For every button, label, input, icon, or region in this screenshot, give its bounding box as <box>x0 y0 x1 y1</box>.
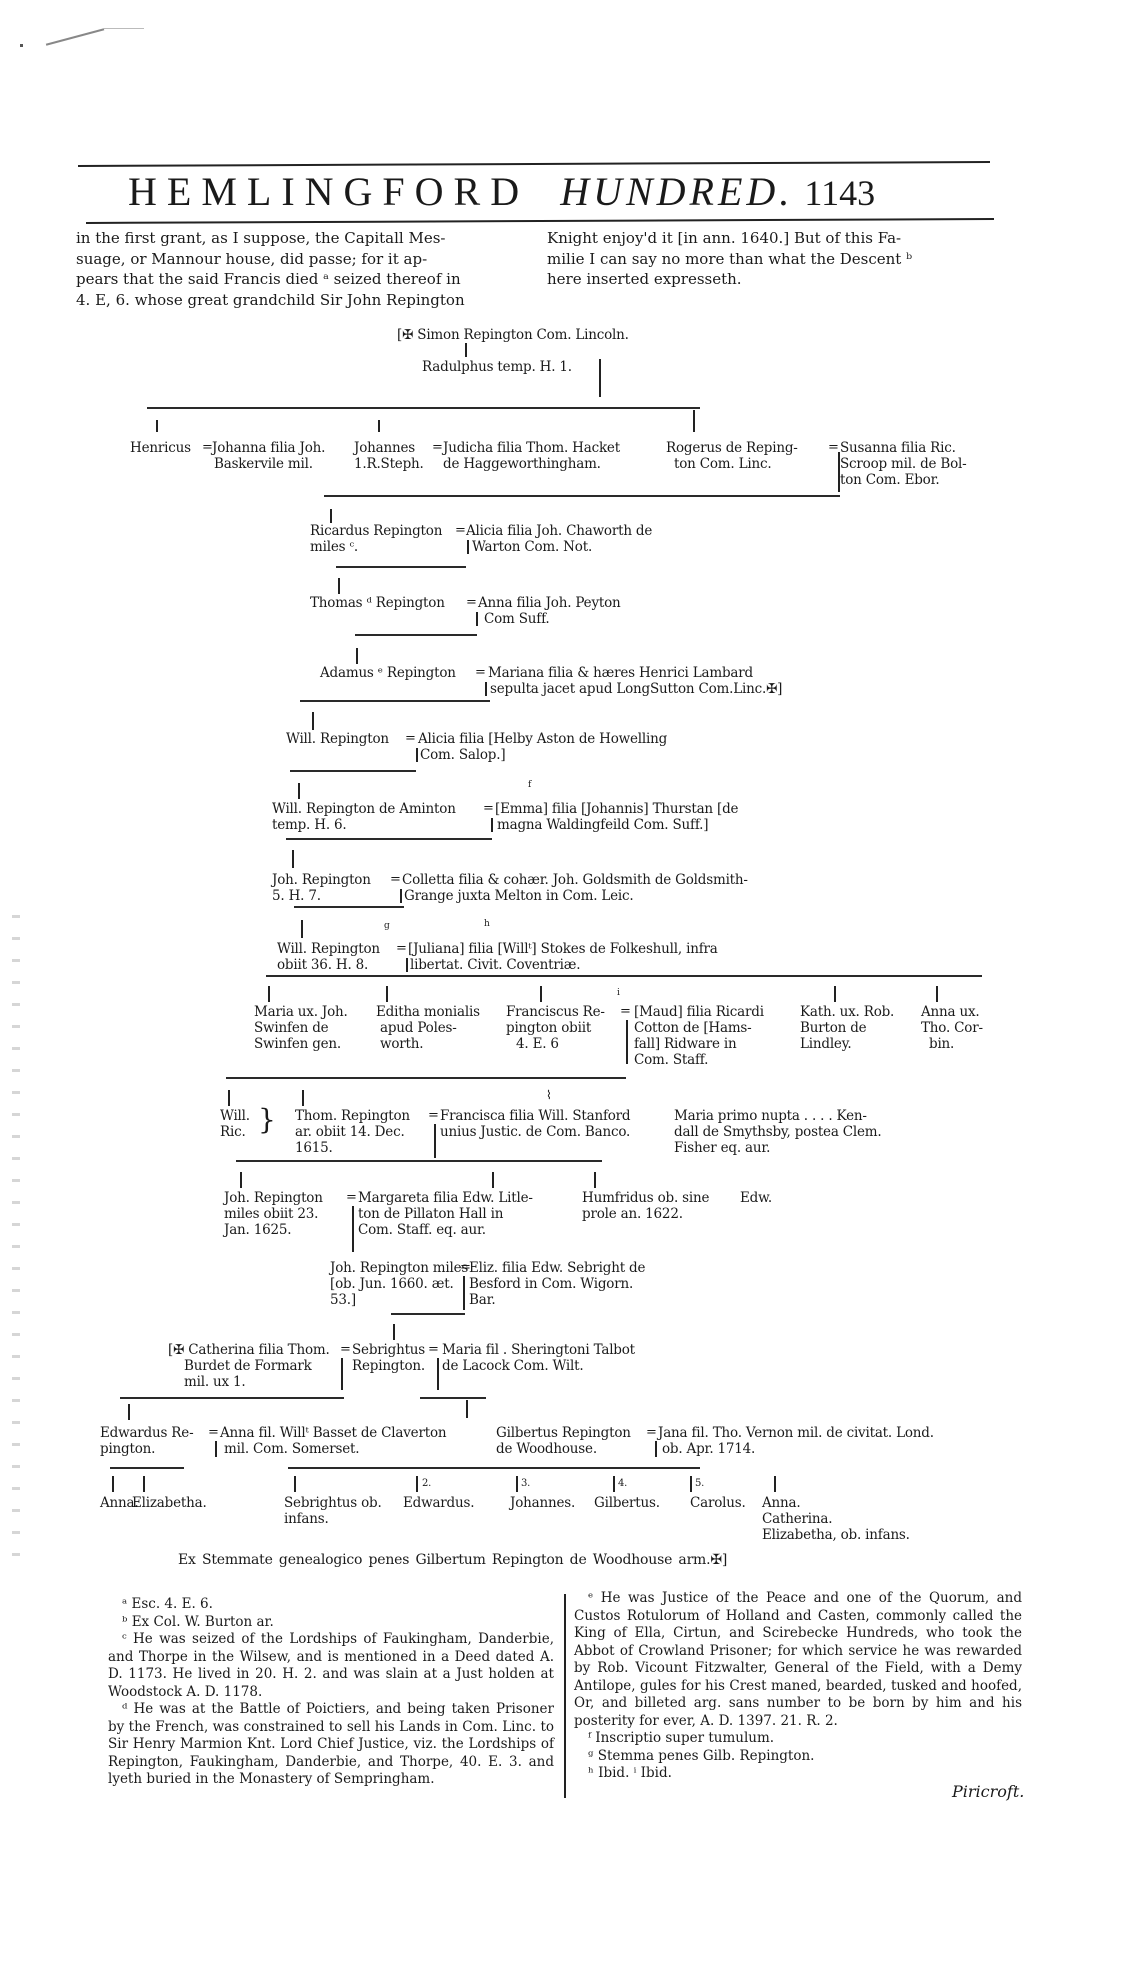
child-anna-corbin: Anna ux. Tho. Cor- bin. <box>921 1004 983 1052</box>
person-sebrightus: Sebrightus Repington. <box>352 1342 425 1374</box>
marriage-sign: = <box>405 731 416 747</box>
catchword: Piricroft. <box>952 1782 1024 1801</box>
scan-artifact <box>104 28 144 29</box>
footnote-mark-g: g <box>384 918 390 934</box>
spouse-eliz-sebright: Eliz. filia Edw. Sebright de Besford in … <box>469 1260 645 1308</box>
descent-line <box>156 420 158 432</box>
brace-icon: } <box>258 1104 276 1136</box>
descent-line <box>268 986 270 1002</box>
marriage-sign: = <box>466 595 477 611</box>
child-carolus: Carolus. <box>690 1495 746 1511</box>
family-bar <box>288 1467 700 1469</box>
descent-line <box>465 343 467 357</box>
descent-line <box>294 1476 296 1492</box>
descent-line <box>613 1476 615 1492</box>
title-roman: HEMLINGFORD <box>128 169 529 214</box>
person-joh-repington-1: Joh. Repington 5. H. 7. <box>272 872 371 904</box>
family-bar <box>236 1160 602 1162</box>
family-bar <box>336 566 466 568</box>
birth-order: 4. <box>618 1476 627 1492</box>
spouse-anna-peyton: Anna filia Joh. Peyton Com Suff. <box>478 595 621 627</box>
family-bar <box>420 1397 486 1399</box>
descent-line <box>393 1324 395 1340</box>
child-editha: Editha monialis apud Poles- worth. <box>376 1004 480 1052</box>
spouse-maud: [Maud] filia Ricardi Cotton de [Hams- fa… <box>634 1004 764 1068</box>
person-adamus: Adamus ᵉ Repington <box>320 665 456 681</box>
descent-line <box>228 1090 230 1106</box>
intro-line: 4. E, 6. whose great grandchild Sir John… <box>76 290 465 311</box>
intro-line: here inserted expresseth. <box>547 269 912 290</box>
spouse-francisca: Francisca filia Will. Stanford unius Jus… <box>440 1108 630 1140</box>
marriage-sign: = <box>390 872 401 888</box>
family-bar <box>286 838 492 840</box>
descent-line <box>838 452 840 492</box>
child-edwardus: Edwardus. <box>403 1495 474 1511</box>
descent-line <box>386 986 388 1002</box>
descent-line <box>400 889 402 903</box>
child-humfridus: Humfridus ob. sine prole an. 1622. <box>582 1190 709 1222</box>
birth-order: 3. <box>521 1476 530 1492</box>
spouse-emma: [Emma] filia [Johannis] Thurstan [de mag… <box>495 801 738 833</box>
intro-line: milie I can say no more than what the De… <box>547 249 912 270</box>
header-rule-top <box>78 161 990 167</box>
spouse-juliana: [Juliana] filia [Willᵗ] Stokes de Folkes… <box>408 941 718 973</box>
spouse-alicia-chaworth: Alicia filia Joh. Chaworth de Warton Com… <box>466 523 652 555</box>
descent-line <box>128 1404 130 1420</box>
footnote-mark-i: i <box>617 985 620 1001</box>
header-rule-bottom <box>86 218 994 224</box>
spouse-margareta: Margareta filia Edw. Litle- ton de Pilla… <box>358 1190 533 1238</box>
intro-line: suage, or Mannour house, did passe; for … <box>76 249 465 270</box>
child-daughters: Anna. Catherina. Elizabetha, ob. infans. <box>762 1495 910 1543</box>
marriage-sign: = <box>455 523 466 539</box>
family-bar <box>266 975 982 977</box>
footnotes-right: ᵉ He was Justice of the Peace and one of… <box>574 1590 1022 1783</box>
title-italic: HUNDRED. <box>560 169 793 214</box>
footnote-mark-f: f <box>528 777 531 793</box>
person-thomas: Thomas ᵈ Repington <box>310 595 445 611</box>
footnote-mark-h: h <box>484 916 490 932</box>
descent-line <box>774 1476 776 1492</box>
spouse-alicia-aston: Alicia filia [Helby Aston de Howelling C… <box>418 731 667 763</box>
person-catherina-burdet: [✠ Catherina filia Thom. Burdet de Forma… <box>168 1342 330 1390</box>
marriage-sign: = <box>208 1425 219 1441</box>
descent-line <box>463 1276 465 1310</box>
footnote-g: ᵍ Stemma penes Gilb. Repington. <box>574 1748 1022 1766</box>
descent-line <box>936 986 938 1002</box>
child-sebrightus-infans: Sebrightus ob. infans. <box>284 1495 382 1527</box>
family-bar <box>391 1313 465 1315</box>
child-elizabetha: Elizabetha. <box>132 1495 207 1511</box>
descent-line <box>834 986 836 1002</box>
descent-line <box>434 1124 436 1158</box>
person-johannes: Johannes 1.R.Steph. <box>354 440 424 472</box>
family-bar <box>226 1077 626 1079</box>
descent-line <box>240 1172 242 1188</box>
descent-line <box>693 410 695 432</box>
descent-line <box>143 1476 145 1492</box>
marriage-sign: = <box>428 1342 439 1358</box>
footnote-h-i: ʰ Ibid. ⁱ Ibid. <box>574 1765 1022 1783</box>
descent-line <box>492 1172 494 1188</box>
descent-line <box>655 1441 657 1457</box>
descent-line <box>626 1020 628 1064</box>
family-bar <box>355 634 477 636</box>
descent-line <box>292 850 294 868</box>
child-will-ric: Will. Ric. <box>220 1108 250 1140</box>
child-franciscus: Franciscus Re- pington obiit 4. E. 6 <box>506 1004 605 1052</box>
descent-line <box>341 1358 343 1390</box>
person-will-repington-aminton: Will. Repington de Aminton temp. H. 6. <box>272 801 456 833</box>
brace-icon: ⌇ <box>546 1088 552 1102</box>
person-gilbertus-repington: Gilbertus Repington de Woodhouse. <box>496 1425 631 1457</box>
descent-line <box>437 1358 439 1390</box>
spouse-susanna: Susanna filia Ric. Scroop mil. de Bol- t… <box>840 440 967 488</box>
child-kath-burton: Kath. ux. Rob. Burton de Lindley. <box>800 1004 894 1052</box>
footnote-d: ᵈ He was at the Battle of Poictiers, and… <box>108 1701 554 1789</box>
margin-bleed <box>12 915 20 1575</box>
descent-line <box>476 612 478 626</box>
birth-order: 5. <box>695 1476 704 1492</box>
descent-line <box>406 958 408 972</box>
family-bar <box>324 495 840 497</box>
family-bar <box>290 770 416 772</box>
page-title: HEMLINGFORD HUNDRED. 1143 <box>128 168 875 215</box>
child-maria-kendall: Maria primo nupta . . . . Ken- dall de S… <box>674 1108 882 1156</box>
page-number: 1143 <box>804 173 875 213</box>
descent-line <box>467 540 469 554</box>
birth-order: 2. <box>422 1476 431 1492</box>
marriage-sign: = <box>483 801 494 817</box>
spouse-judicha: Judicha filia Thom. Hacket de Haggeworth… <box>443 440 620 472</box>
marriage-sign: = <box>428 1108 439 1124</box>
descent-line <box>516 1476 518 1492</box>
intro-left-column: in the first grant, as I suppose, the Ca… <box>76 228 465 310</box>
person-henricus: Henricus <box>130 440 191 456</box>
scan-artifact <box>20 44 23 47</box>
descent-line <box>466 1400 468 1418</box>
marriage-sign: = <box>646 1425 657 1441</box>
intro-line: Knight enjoy'd it [in ann. 1640.] But of… <box>547 228 912 249</box>
child-johannes: Johannes. <box>510 1495 575 1511</box>
intro-line: in the first grant, as I suppose, the Ca… <box>76 228 465 249</box>
footnote-e: ᵉ He was Justice of the Peace and one of… <box>574 1590 1022 1730</box>
marriage-sign: = <box>346 1190 357 1206</box>
descent-line <box>540 986 542 1002</box>
descent-line <box>690 1476 692 1492</box>
descent-line <box>485 682 487 696</box>
descent-line <box>352 1206 354 1252</box>
spouse-anna-basset: Anna fil. Willᵗ Basset de Claverton mil.… <box>220 1425 446 1457</box>
footnote-f: ᶠ Inscriptio super tumulum. <box>574 1730 1022 1748</box>
person-ricardus: Ricardus Repington miles ᶜ. <box>310 523 442 555</box>
intro-right-column: Knight enjoy'd it [in ann. 1640.] But of… <box>547 228 912 290</box>
descent-line <box>298 783 300 799</box>
spouse-maria-talbot: Maria fil . Sheringtoni Talbot de Lacock… <box>442 1342 635 1374</box>
spouse-mariana: Mariana filia & hæres Henrici Lambard se… <box>488 665 782 697</box>
descent-line <box>312 712 314 730</box>
family-bar <box>110 1467 184 1469</box>
descent-line <box>330 509 332 523</box>
marriage-sign: = <box>620 1004 631 1020</box>
person-will-repington-1: Will. Repington <box>286 731 389 747</box>
descent-line <box>302 1090 304 1106</box>
family-bar <box>147 407 700 409</box>
footnote-b: ᵇ Ex Col. W. Burton ar. <box>108 1614 554 1632</box>
marriage-sign: = <box>396 941 407 957</box>
person-radulphus: Radulphus temp. H. 1. <box>422 359 572 375</box>
marriage-sign: = <box>340 1342 351 1358</box>
family-bar <box>294 906 404 908</box>
descent-line <box>378 420 380 432</box>
scan-artifact <box>46 28 104 45</box>
marriage-sign: = <box>475 665 486 681</box>
descent-line <box>416 1476 418 1492</box>
intro-line: pears that the said Francis died ᵃ seize… <box>76 269 465 290</box>
descent-line <box>416 748 418 762</box>
footnotes-left: ᵃ Esc. 4. E. 6. ᵇ Ex Col. W. Burton ar. … <box>108 1596 554 1789</box>
child-edw: Edw. <box>740 1190 772 1206</box>
person-joh-repington-1660: Joh. Repington miles [ob. Jun. 1660. æt.… <box>330 1260 468 1308</box>
descent-line <box>594 1172 596 1188</box>
pedigree-source: Ex Stemmate genealogico penes Gilbertum … <box>178 1552 727 1568</box>
person-rogerus: Rogerus de Reping- ton Com. Linc. <box>666 440 798 472</box>
descent-line <box>112 1476 114 1492</box>
descent-line <box>356 648 358 664</box>
person-will-repington-3: Will. Repington obiit 36. H. 8. <box>277 941 380 973</box>
spouse-jana-vernon: Jana fil. Tho. Vernon mil. de civitat. L… <box>658 1425 934 1457</box>
child-gilbertus: Gilbertus. <box>594 1495 660 1511</box>
footnote-c: ᶜ He was seized of the Lordships of Fauk… <box>108 1631 554 1701</box>
family-bar <box>120 1397 344 1399</box>
footnote-a: ᵃ Esc. 4. E. 6. <box>108 1596 554 1614</box>
spouse-johanna: Johanna filia Joh. Baskervile mil. <box>212 440 325 472</box>
family-bar <box>300 700 490 702</box>
marriage-sign: = <box>432 440 443 456</box>
descent-line <box>301 920 303 938</box>
child-joh-repington-1625: Joh. Repington miles obiit 23. Jan. 1625… <box>224 1190 323 1238</box>
descent-line <box>491 818 493 832</box>
descent-line <box>215 1441 217 1457</box>
descent-line <box>599 359 601 397</box>
descent-line <box>338 578 340 594</box>
child-thom-repington: Thom. Repington ar. obiit 14. Dec. 1615. <box>295 1108 410 1156</box>
child-maria-swinfen: Maria ux. Joh. Swinfen de Swinfen gen. <box>254 1004 348 1052</box>
person-edwardus-repington: Edwardus Re- pington. <box>100 1425 193 1457</box>
footnote-divider <box>564 1594 566 1798</box>
person-simon: [✠ Simon Repington Com. Lincoln. <box>397 327 629 343</box>
spouse-colletta: Colletta filia & cohær. Joh. Goldsmith d… <box>402 872 748 904</box>
